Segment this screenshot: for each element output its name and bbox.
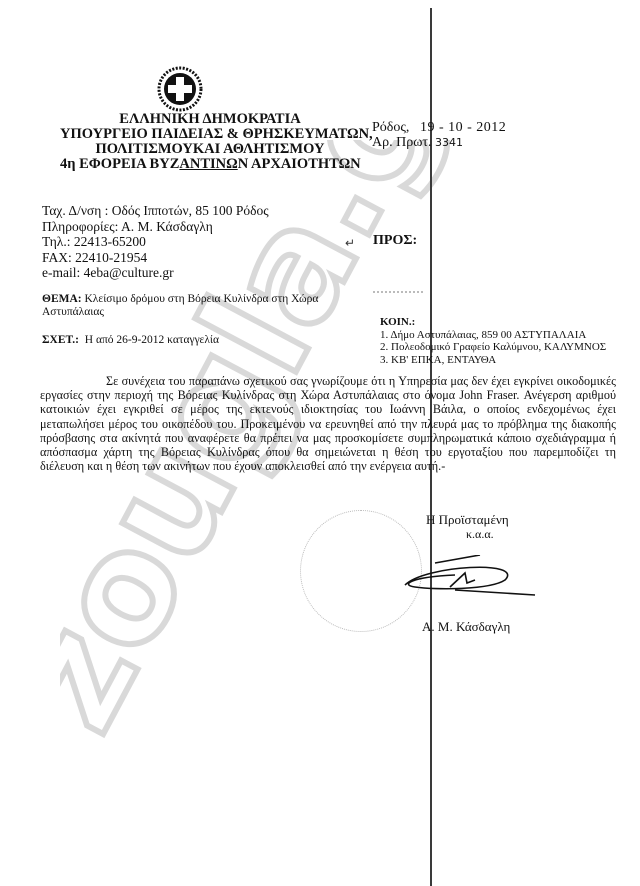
letterhead-line: ΕΛΛΗΝΙΚΗ ΔΗΜΟΚΡΑΤΙΑ (60, 112, 360, 127)
letterhead-ephoria: 4η ΕΦΟΡΕΙΑ ΒΥΖΑΝΤΙΝΩΝ ΑΡΧΑΙΟΤΗΤΩΝ (60, 157, 360, 172)
info: Πληροφορίες: Α. Μ. Κάσδαγλη (42, 219, 269, 235)
email: e-mail: 4eba@culture.gr (42, 265, 269, 281)
reference-label: ΣΧΕΤ.: (42, 334, 79, 346)
recipient-faded-text (373, 291, 423, 297)
letterhead: ΕΛΛΗΝΙΚΗ ΔΗΜΟΚΡΑΤΙΑ ΥΠΟΥΡΓΕΙΟ ΠΑΙΔΕΙΑΣ &… (60, 112, 360, 172)
place-date-block: Ρόδος, 19 - 10 - 2012 Αρ. Πρωτ. 3341 (372, 120, 506, 150)
letterhead-line: ΠΟΛΙΤΙΣΜΟΥΚΑΙ ΑΘΛΗΤΙΣΜΟΥ (60, 142, 360, 157)
address: Ταχ. Δ/νση : Οδός Ιπποτών, 85 100 Ρόδος (42, 203, 269, 219)
protocol-label: Αρ. Πρωτ. (372, 135, 432, 150)
contact-block: Ταχ. Δ/νση : Οδός Ιπποτών, 85 100 Ρόδος … (42, 203, 269, 281)
greek-coat-of-arms-icon (157, 66, 203, 112)
copies-label: ΚΟΙΝ.: (380, 316, 606, 329)
body-paragraph: Σε συνέχεια του παραπάνω σχετικού σας γν… (40, 374, 616, 473)
recipient-mark: ↵ (345, 236, 355, 251)
signer-on-behalf: κ.α.α. (414, 527, 554, 542)
copies-item: 1. Δήμο Αστυπάλαιας, 859 00 ΑΣΤΥΠΑΛΑΙΑ (380, 329, 606, 342)
copies-item: 2. Πολεοδομικό Γραφείο Καλύμνου, ΚΑΛΥΜΝΟ… (380, 341, 606, 354)
reference: ΣΧΕΤ.: Η από 26-9-2012 καταγγελία (42, 334, 219, 346)
reference-text: Η από 26-9-2012 καταγγελία (85, 334, 219, 346)
phone: Τηλ.: 22413-65200 (42, 234, 269, 250)
subject: ΘΕΜΑ: Κλείσιμο δρόμου στη Βόρεια Κυλίνδρ… (42, 293, 362, 319)
protocol-number: 3341 (435, 136, 463, 149)
letterhead-line: ΥΠΟΥΡΓΕΙΟ ΠΑΙΔΕΙΑΣ & ΘΡΗΣΚΕΥΜΑΤΩΝ, (60, 127, 360, 142)
signer-name: Α. Μ. Κάσδαγλη (422, 619, 510, 634)
fax: FAX: 22410-21954 (42, 250, 269, 266)
place: Ρόδος, (372, 120, 409, 135)
subject-text: Κλείσιμο δρόμου στη Βόρεια Κυλίνδρα στη … (42, 293, 318, 318)
signature-block: Η Προϊσταμένη κ.α.α. Α. Μ. Κάσδαγλη (414, 512, 554, 542)
subject-label: ΘΕΜΑ: (42, 293, 82, 305)
copies-block: ΚΟΙΝ.: 1. Δήμο Αστυπάλαιας, 859 00 ΑΣΤΥΠ… (380, 316, 606, 366)
signer-role: Η Προϊσταμένη (414, 512, 554, 527)
handwritten-signature (395, 555, 545, 600)
copies-item: 3. ΚΒ' ΕΠΚΑ, ΕΝΤΑΥΘΑ (380, 354, 606, 367)
date: 19 - 10 - 2012 (420, 120, 506, 135)
recipient-label: ΠΡΟΣ: (373, 233, 417, 249)
letter-body: Σε συνέχεια του παραπάνω σχετικού σας γν… (40, 374, 616, 473)
